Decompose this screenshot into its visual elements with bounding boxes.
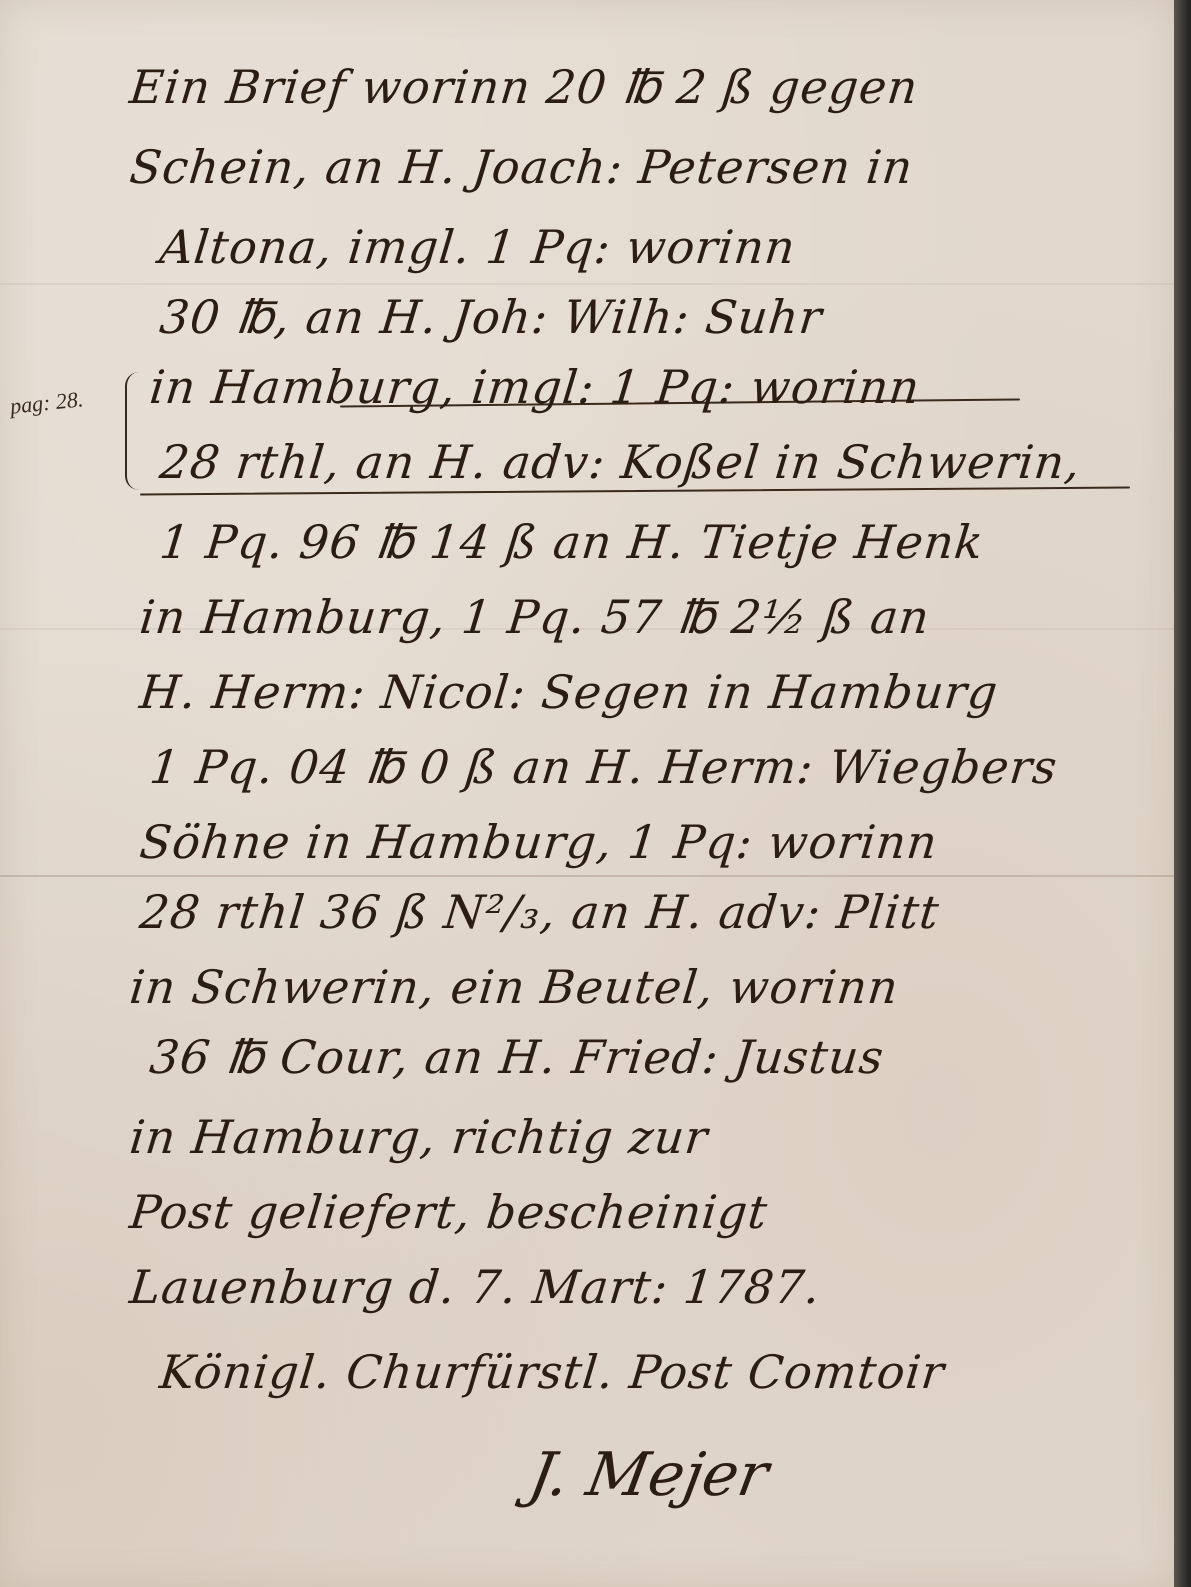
text-line-9: H. Herm: Nicol: Segen in Hamburg (137, 665, 1001, 719)
scan-edge (1174, 0, 1191, 1587)
signature: J. Mejer (524, 1440, 774, 1510)
text-line-7: 1 Pq. 96 ℔ 14 ß an H. Tietje Henk (157, 515, 986, 569)
document-page: pag: 28. Ein Brief worinn 20 ℔ 2 ß gegen… (0, 0, 1174, 1587)
text-line-5: in Hamburg, imgl: 1 Pq: worinn (147, 360, 923, 414)
paper-crease (0, 283, 1174, 285)
text-line-15: in Hamburg, richtig zur (127, 1110, 711, 1164)
text-line-2: Schein, an H. Joach: Petersen in (127, 140, 916, 194)
text-line-11: Söhne in Hamburg, 1 Pq: worinn (137, 815, 940, 869)
margin-page-reference: pag: 28. (9, 386, 85, 420)
text-line-17-place-date: Lauenburg d. 7. Mart: 1787. (127, 1260, 823, 1314)
text-line-13: in Schwerin, ein Beutel, worinn (127, 960, 901, 1014)
text-line-1: Ein Brief worinn 20 ℔ 2 ß gegen (127, 60, 921, 114)
text-line-14: 36 ℔ Cour, an H. Fried: Justus (147, 1030, 887, 1084)
text-line-10: 1 Pq. 04 ℔ 0 ß an H. Herm: Wiegbers (147, 740, 1060, 794)
text-line-16: Post geliefert, bescheinigt (127, 1185, 770, 1239)
text-line-12: 28 rthl 36 ß N²/₃, an H. adv: Plitt (137, 885, 942, 939)
paper-fold-line (0, 875, 1174, 877)
text-line-4: 30 ℔, an H. Joh: Wilh: Suhr (157, 290, 825, 344)
margin-bracket (125, 372, 145, 490)
text-line-3: Altona, imgl. 1 Pq: worinn (157, 220, 798, 274)
text-line-6: 28 rthl, an H. adv: Koßel in Schwerin, (157, 435, 1083, 489)
text-line-18-office: Königl. Churfürstl. Post Comtoir (157, 1345, 947, 1399)
text-line-8: in Hamburg, 1 Pq. 57 ℔ 2½ ß an (137, 590, 932, 644)
